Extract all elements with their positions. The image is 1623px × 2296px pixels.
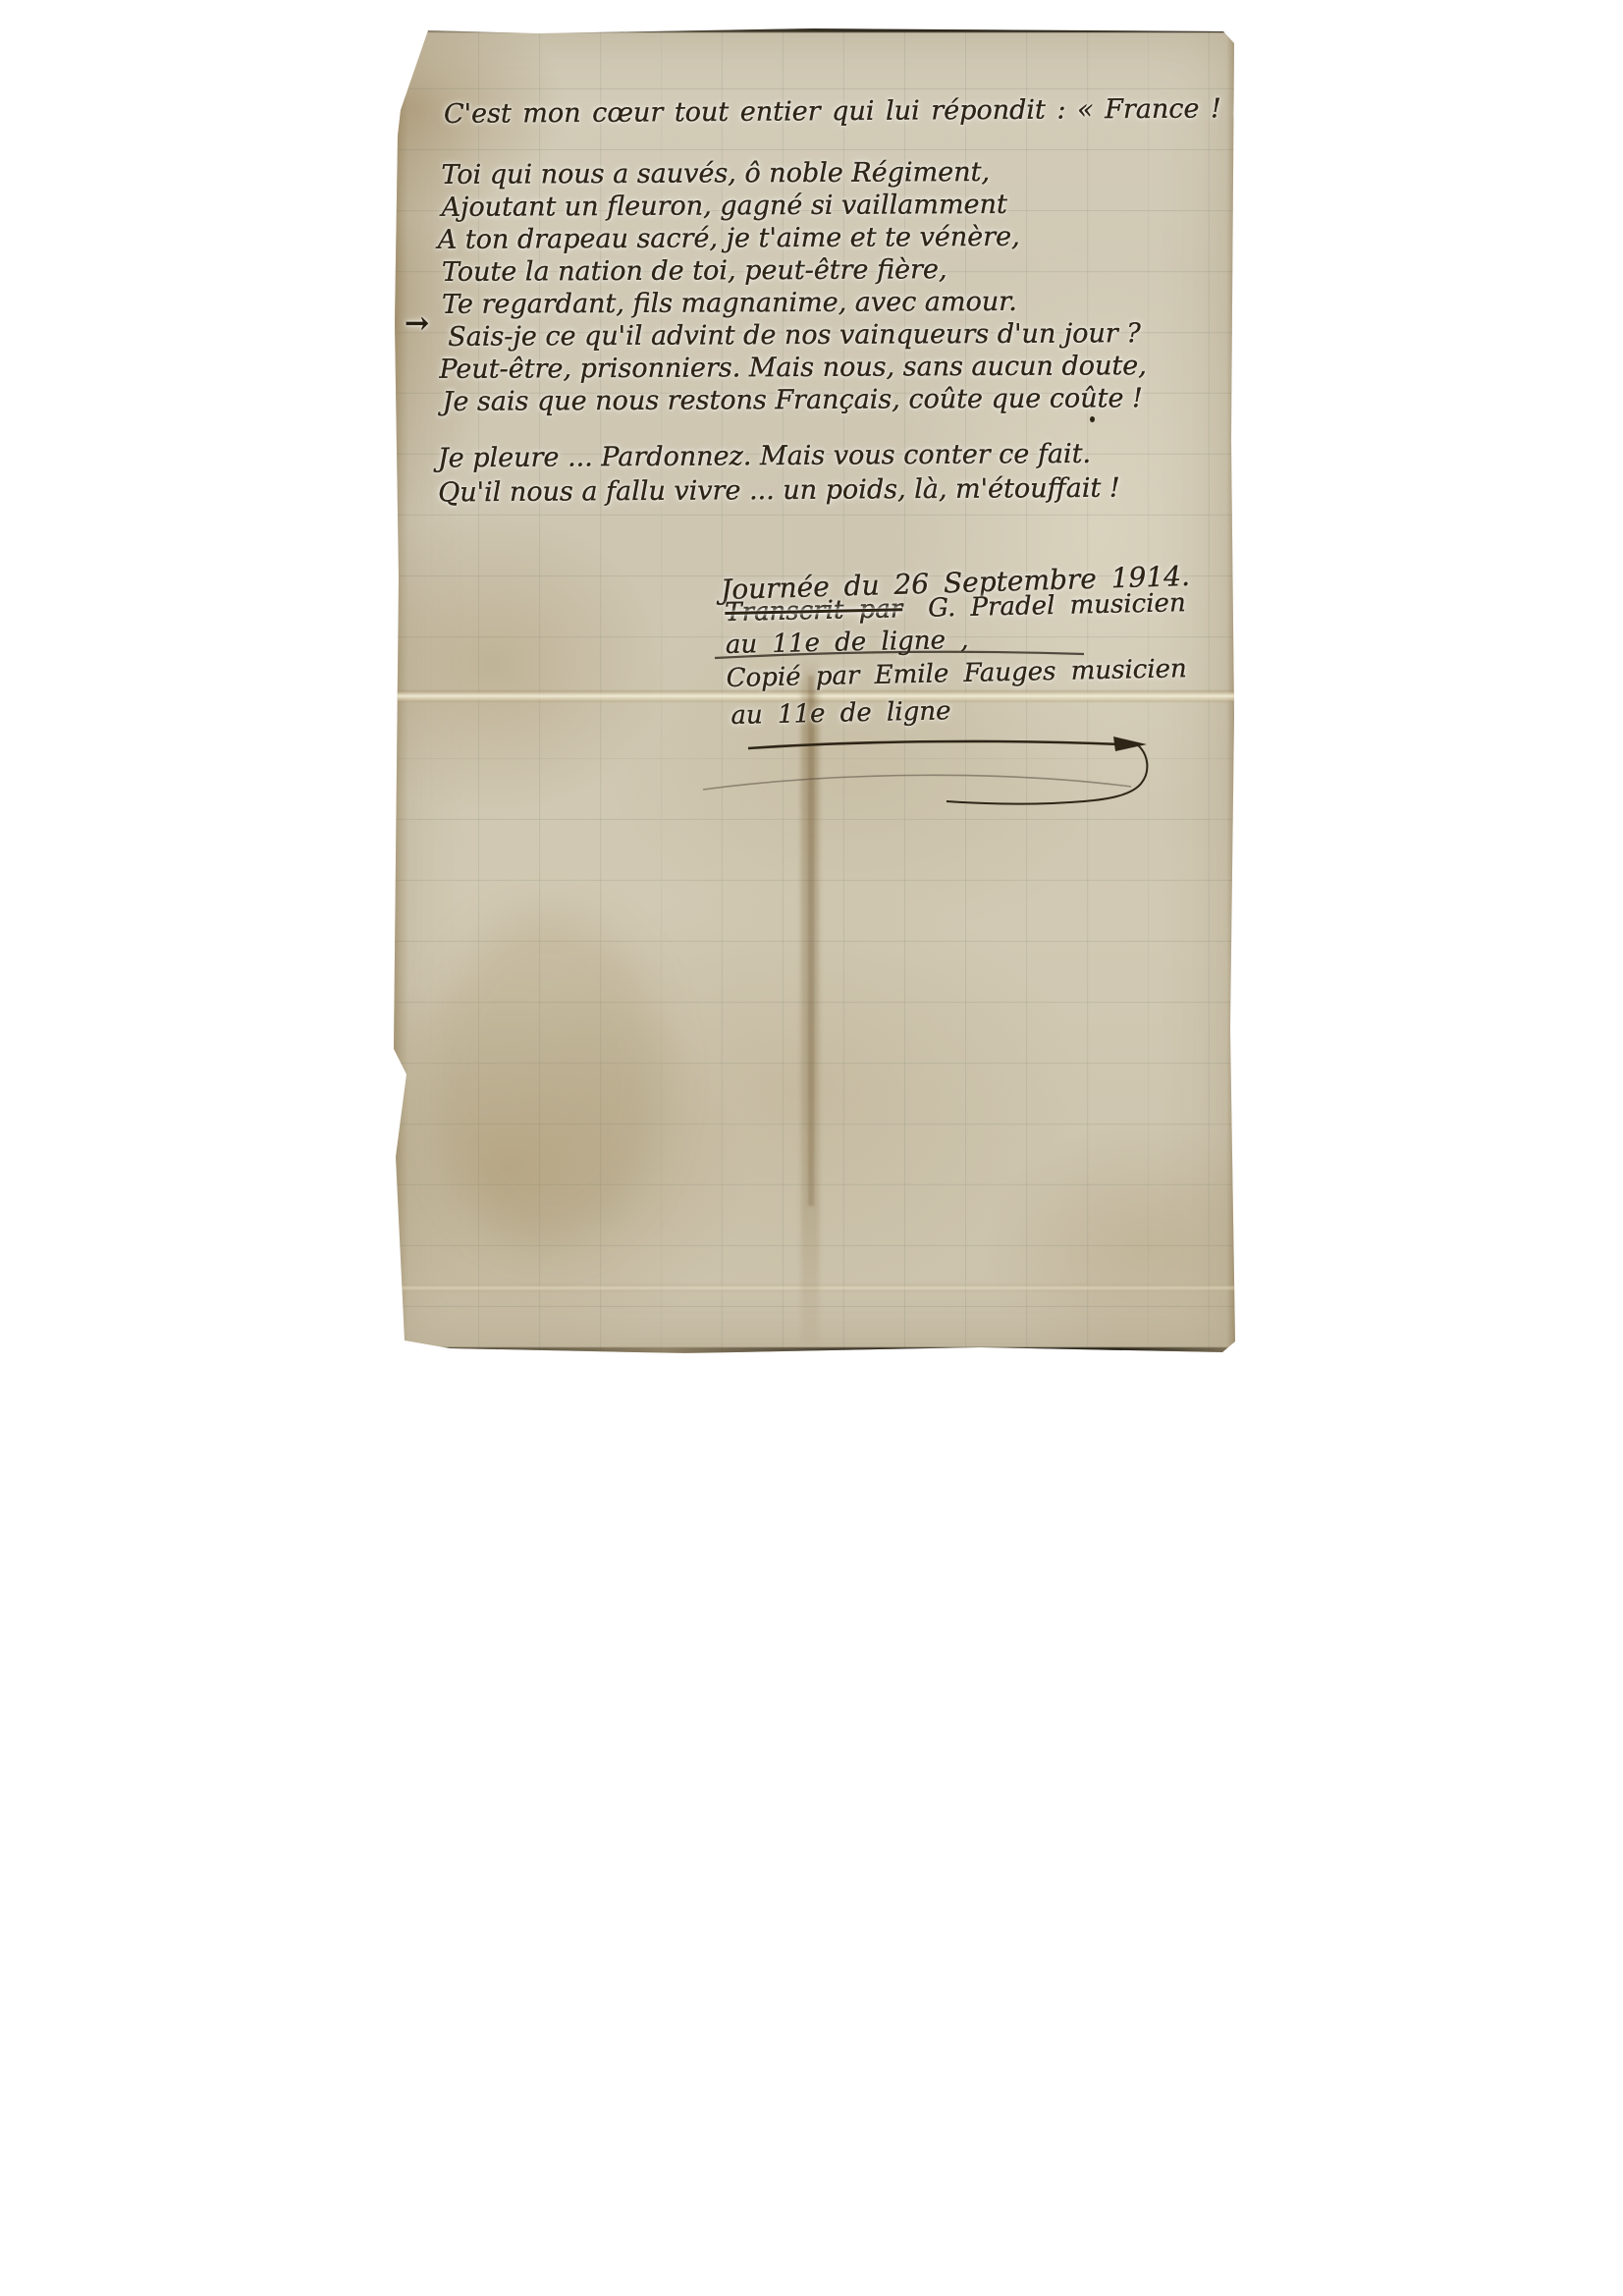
- flourish-underline: [748, 741, 1121, 748]
- signature-flourish-underlines: [391, 27, 1235, 1353]
- faint-flourish-curve: [703, 775, 1131, 790]
- scan-background: C'est mon cœur tout entier qui lui répon…: [0, 0, 1623, 2296]
- manuscript-page: C'est mon cœur tout entier qui lui répon…: [391, 27, 1235, 1353]
- unit-underline: [715, 652, 1084, 658]
- flourish-curl: [947, 744, 1147, 804]
